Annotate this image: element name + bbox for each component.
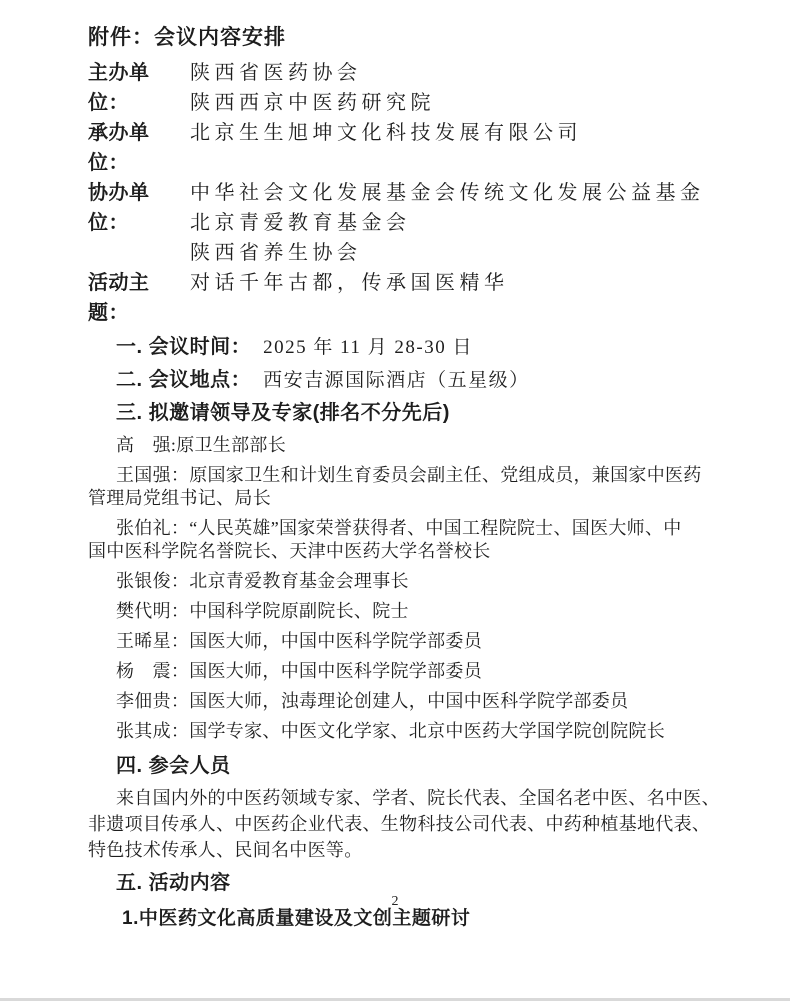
document-title: 附件：会议内容安排 — [88, 26, 714, 50]
participants-line-1: 来自国内外的中医药领域专家、学者、院长代表、全国名老中医、名中医、 — [88, 785, 714, 811]
expert-list: 高 强:原卫生部部长 王国强：原国家卫生和计划生育委员会副主任、党组成员，兼国家… — [88, 434, 714, 743]
section-invitees-heading: 三. 拟邀请领导及专家(排名不分先后) — [88, 397, 714, 430]
expert-line: 樊代明：中国科学院原副院长、院士 — [88, 600, 714, 623]
expert-line: 张银俊：北京青爱教育基金会理事长 — [88, 570, 714, 593]
expert-line: 杨 震：国医大师，中国中医科学院学部委员 — [88, 660, 714, 683]
expert-line: 高 强:原卫生部部长 — [88, 434, 714, 457]
host-unit-line-1: 陕西省医药协会 — [190, 58, 714, 88]
expert-line: 张其成：国学专家、中医文化学家、北京中医药大学国学院创院院长 — [88, 720, 714, 743]
expert-zhang-boli: 张伯礼：“人民英雄”国家荣誉获得者、中国工程院院士、国医大师、中 国中医科学院名… — [88, 517, 714, 563]
undertaker-unit-label: 承办单位： — [88, 118, 190, 178]
expert-line: 李佃贵：国医大师，浊毒理论创建人，中国中医科学院学部委员 — [88, 690, 714, 713]
expert-line: 王国强：原国家卫生和计划生育委员会副主任、党组成员，兼国家中医药 — [88, 464, 714, 487]
co-organizer-unit-line-2: 北京青爱教育基金会 — [190, 208, 714, 238]
expert-line: 国中医科学院名誉院长、天津中医药大学名誉校长 — [88, 540, 714, 563]
theme-label: 活动主题： — [88, 268, 190, 328]
document-page: 附件：会议内容安排 主办单位： 陕西省医药协会 陕西西京中医药研究院 承办单位：… — [0, 0, 790, 1001]
participants-line-2: 非遗项目传承人、中医药企业代表、生物科技公司代表、中药种植基地代表、 — [88, 811, 714, 837]
expert-fan-daiming: 樊代明：中国科学院原副院长、院士 — [88, 600, 714, 623]
undertaker-unit-row: 承办单位： 北京生生旭坤文化科技发展有限公司 — [88, 118, 714, 178]
section-time-value: 2025 年 11 月 28-30 日 — [263, 337, 473, 358]
section-venue-title: 二. 会议地点： — [116, 369, 251, 391]
host-unit-line-2: 陕西西京中医药研究院 — [190, 88, 714, 118]
theme-line-1: 对话千年古都，传承国医精华 — [190, 268, 714, 298]
expert-zhang-yinjun: 张银俊：北京青爱教育基金会理事长 — [88, 570, 714, 593]
section-venue-value: 西安吉源国际酒店（五星级） — [263, 370, 530, 391]
expert-line: 管理局党组书记、局长 — [88, 487, 714, 510]
undertaker-unit-line-1: 北京生生旭坤文化科技发展有限公司 — [190, 118, 714, 148]
section-time-heading: 一. 会议时间：2025 年 11 月 28-30 日 — [88, 331, 714, 364]
co-organizer-unit-label: 协办单位： — [88, 178, 190, 268]
theme-row: 活动主题： 对话千年古都，传承国医精华 — [88, 268, 714, 328]
organizer-block: 主办单位： 陕西省医药协会 陕西西京中医药研究院 承办单位： 北京生生旭坤文化科… — [88, 58, 714, 328]
section-headings-block: 一. 会议时间：2025 年 11 月 28-30 日 二. 会议地点：西安吉源… — [88, 331, 714, 430]
expert-line: 张伯礼：“人民英雄”国家荣誉获得者、中国工程院院士、国医大师、中 — [88, 517, 714, 540]
co-organizer-unit-line-1: 中华社会文化发展基金会传统文化发展公益基金 — [190, 178, 714, 208]
section-participants-heading: 四. 参会人员 — [88, 750, 714, 783]
co-organizer-unit-row: 协办单位： 中华社会文化发展基金会传统文化发展公益基金 北京青爱教育基金会 陕西… — [88, 178, 714, 268]
co-organizer-unit-line-3: 陕西省养生协会 — [190, 238, 714, 268]
host-unit-row: 主办单位： 陕西省医药协会 陕西西京中医药研究院 — [88, 58, 714, 118]
expert-wang-guoqiang: 王国强：原国家卫生和计划生育委员会副主任、党组成员，兼国家中医药 管理局党组书记… — [88, 464, 714, 510]
expert-li-diangui: 李佃贵：国医大师，浊毒理论创建人，中国中医科学院学部委员 — [88, 690, 714, 713]
expert-yang-zhen: 杨 震：国医大师，中国中医科学院学部委员 — [88, 660, 714, 683]
section-venue-heading: 二. 会议地点：西安吉源国际酒店（五星级） — [88, 364, 714, 397]
expert-zhang-qicheng: 张其成：国学专家、中医文化学家、北京中医药大学国学院创院院长 — [88, 720, 714, 743]
expert-gao-qiang: 高 强:原卫生部部长 — [88, 434, 714, 457]
expert-line: 王晞星：国医大师，中国中医科学院学部委员 — [88, 630, 714, 653]
participants-paragraph: 来自国内外的中医药领域专家、学者、院长代表、全国名老中医、名中医、 非遗项目传承… — [88, 785, 714, 863]
participants-line-3: 特色技术传承人、民间名中医等。 — [88, 837, 714, 863]
section-time-title: 一. 会议时间： — [116, 336, 251, 358]
expert-wang-xixing: 王晞星：国医大师，中国中医科学院学部委员 — [88, 630, 714, 653]
host-unit-label: 主办单位： — [88, 58, 190, 118]
document-content: 附件：会议内容安排 主办单位： 陕西省医药协会 陕西西京中医药研究院 承办单位：… — [0, 0, 790, 935]
page-number: 2 — [0, 894, 790, 910]
